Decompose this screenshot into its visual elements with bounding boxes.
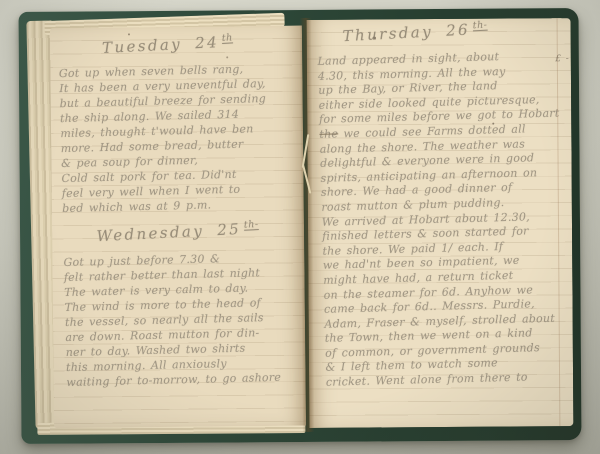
entry-heading-ordinal: th-: [472, 20, 487, 32]
entry-heading-day: Tuesday 24: [102, 33, 220, 57]
diary-page-left: Tuesday 24thGot up when seven bells rang…: [50, 26, 306, 429]
binding-thread-strand: [302, 164, 311, 194]
diary-photo: Tuesday 24thGot up when seven bells rang…: [0, 0, 600, 454]
entry-heading-ordinal: th: [222, 32, 233, 44]
entry-heading: Thursday 26th-: [342, 16, 555, 45]
entry-heading-day: Thursday 26: [342, 21, 470, 46]
entry-heading: Wednesday 25th-: [96, 217, 303, 245]
binding-thread-strand: [302, 134, 310, 168]
left-page-content: Tuesday 24thGot up when seven bells rang…: [58, 30, 307, 390]
entry-heading-day: Wednesday 25: [96, 220, 241, 245]
entry-heading: Tuesday 24th: [102, 29, 299, 57]
right-page-content: Thursday 26th-Land appeared in sight, ab…: [317, 20, 564, 391]
diary-book-cover: Tuesday 24thGot up when seven bells rang…: [18, 8, 581, 444]
binding-thread: [302, 132, 310, 202]
margin-note: £ -: [555, 54, 570, 64]
entry-heading-ordinal: th-: [244, 219, 259, 231]
diary-page-right: Thursday 26th-Land appeared in sight, ab…: [307, 18, 574, 428]
